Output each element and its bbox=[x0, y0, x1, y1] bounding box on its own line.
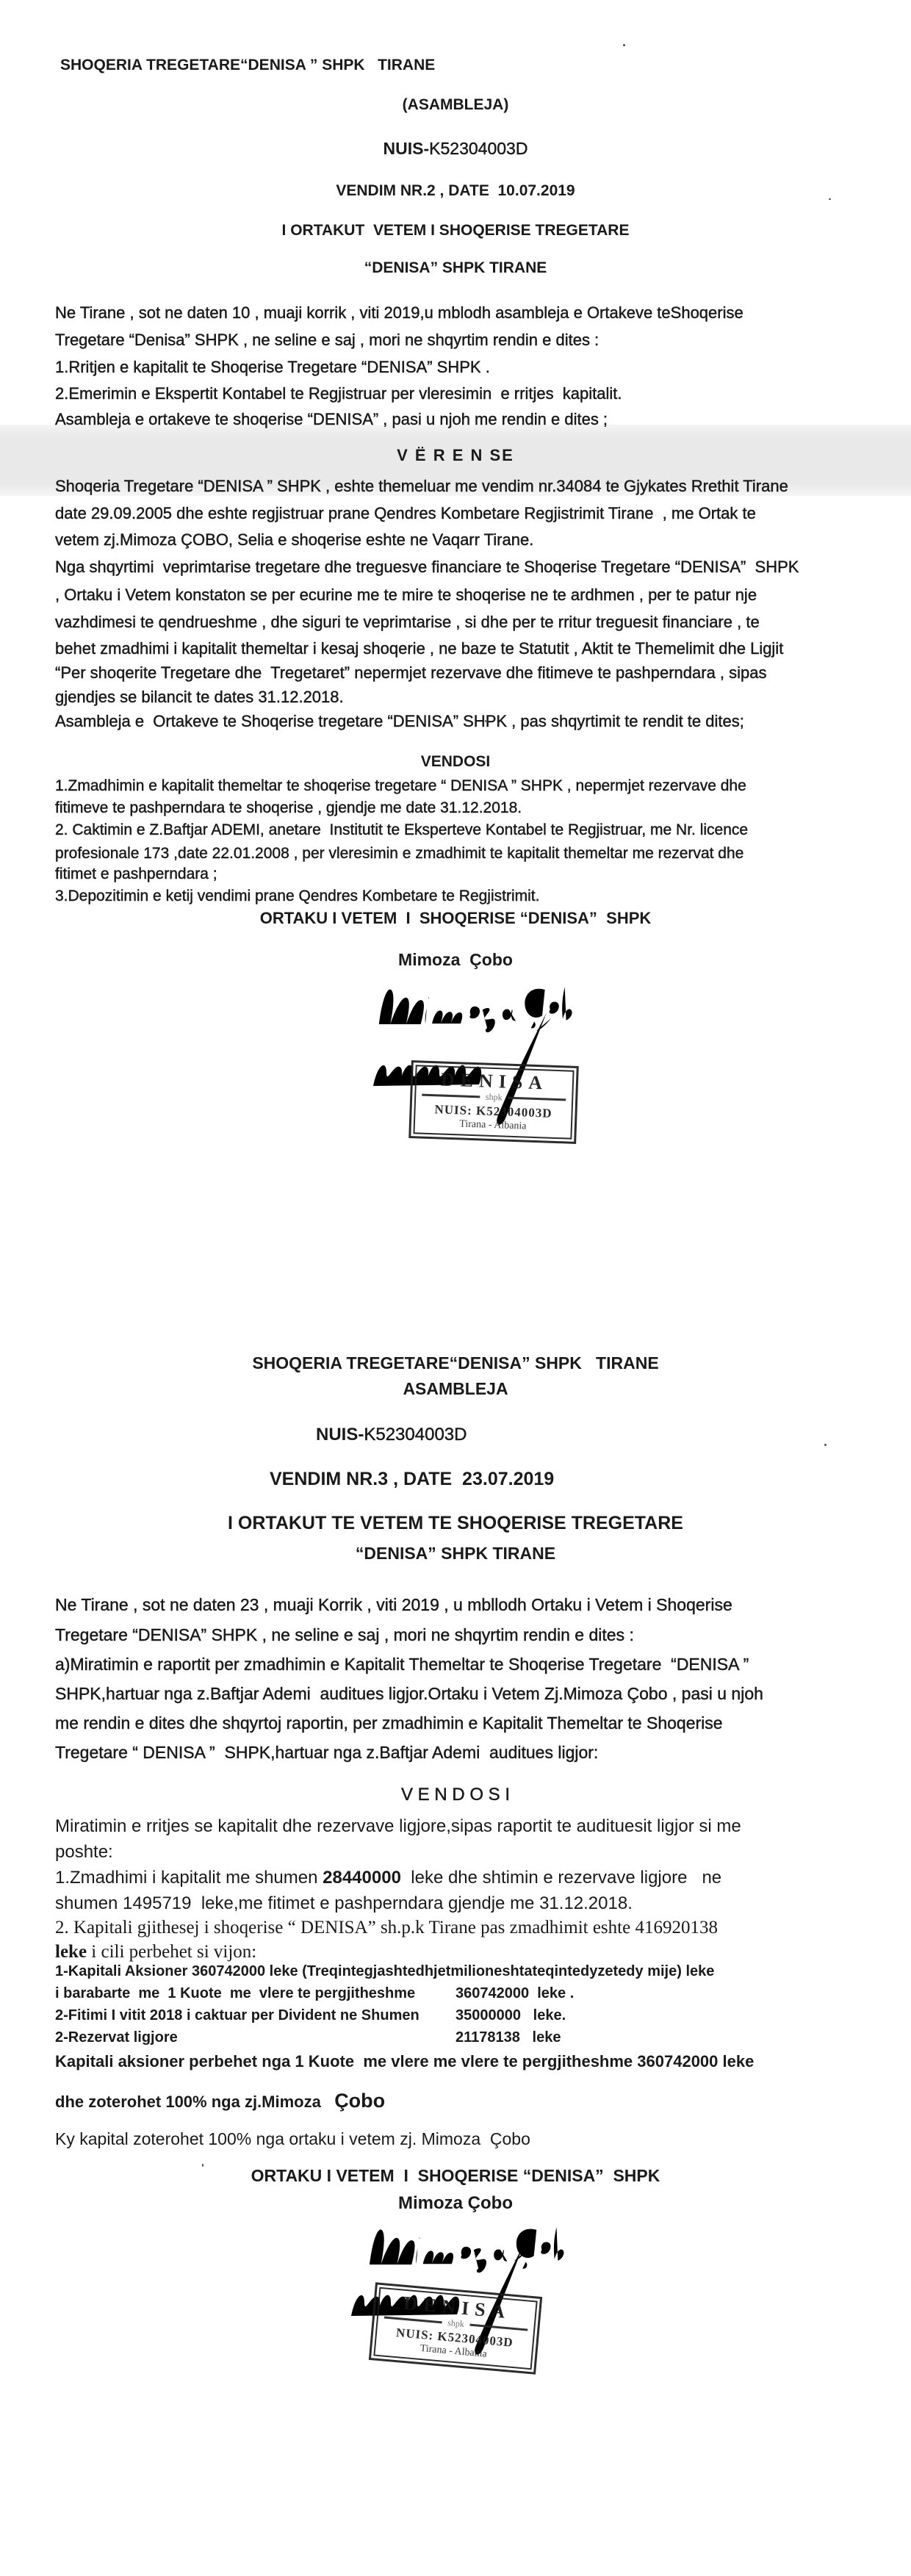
capital-increase-line2: shumen 1495719 leke,me fitimet e pashper… bbox=[55, 1893, 880, 1915]
document-title-line1: I ORTAKUT TE VETEM TE SHOQERISE TREGETAR… bbox=[0, 1512, 911, 1535]
veren-line: Nga shqyrtimi veprimtarise tregetare dhe… bbox=[55, 557, 880, 578]
nuis-line: NUIS-K52304003D bbox=[0, 138, 911, 159]
body-line: me rendin e dites dhe shqyrtoj raportin,… bbox=[55, 1713, 880, 1734]
body-line: Ne Tirane , sot ne daten 10 , muaji korr… bbox=[55, 303, 880, 323]
closing-heading: ORTAKU I VETEM I SHOQERISE “DENISA” SHPK bbox=[0, 2165, 911, 2187]
capital-row-value: 21178138 leke bbox=[455, 2029, 561, 2047]
nuis-line: NUIS-K52304003D bbox=[316, 1424, 467, 1446]
veren-line: , Ortaku i Vetem konstaton se per ecurin… bbox=[55, 585, 880, 605]
company-header: SHOQERIA TREGETARE“DENISA” SHPK TIRANE bbox=[0, 1353, 911, 1374]
decision-number-line: VENDIM NR.2 , DATE 10.07.2019 bbox=[0, 181, 911, 201]
veren-line: Asambleja e Ortakeve te Shoqerise treget… bbox=[55, 711, 880, 732]
nuis-value: K52304003D bbox=[364, 1425, 467, 1444]
company-stamp-inner-border: DENISA shpk NUIS: K52304003D Tirana - Al… bbox=[413, 1065, 574, 1140]
nuis-value: K52304003D bbox=[429, 139, 527, 158]
closing-heading: ORTAKU I VETEM I SHOQERISE “DENISA” SHPK bbox=[0, 908, 911, 929]
scanned-document-page: SHOQERIA TREGETARE“DENISA ” SHPK TIRANE … bbox=[0, 0, 911, 2576]
body-line: Ne Tirane , sot ne daten 23 , muaji Korr… bbox=[55, 1594, 880, 1616]
body-line: Tregetare “Denisa” SHPK , ne seline e sa… bbox=[55, 330, 880, 350]
body-line: a)Miratimin e raportit per zmadhimin e K… bbox=[55, 1654, 880, 1675]
veren-line: vazhdimesi te qendrueshme , dhe siguri t… bbox=[55, 612, 880, 633]
capital-row: i barabarte me 1 Kuote me vlere te pergj… bbox=[55, 1985, 880, 2003]
capital-row-label: 2-Rezervat ligjore bbox=[55, 2029, 178, 2046]
capital-ownership-line: Ky kapital zoterohet 100% nga ortaku i v… bbox=[55, 2129, 880, 2150]
document-title-line2: “DENISA” SHPK TIRANE bbox=[0, 1543, 911, 1564]
capital-summary-text: dhe zoterohet 100% nga zj.Mimoza bbox=[55, 2093, 334, 2111]
company-stamp: DENISA shpk NUIS: K52304003D Tirana - Al… bbox=[408, 1060, 579, 1144]
capital-increase-suffix: leke dhe shtimin e rezervave ligjore ne bbox=[401, 1868, 721, 1888]
nuis-label: NUIS- bbox=[384, 139, 430, 158]
body-line: Tregetare “ DENISA ” SHPK,hartuar nga z.… bbox=[55, 1742, 880, 1763]
body-line: 2.Emerimin e Ekspertit Kontabel te Regji… bbox=[55, 384, 880, 404]
assembly-heading: (ASAMBLEJA) bbox=[0, 96, 911, 115]
veren-line: vetem zj.Mimoza ÇOBO, Selia e shoqerise … bbox=[55, 530, 880, 550]
decision-item-line: fitimeve te pashperndara te shoqerise , … bbox=[55, 799, 880, 818]
capital-total-rest: i cili perbehet si vijon: bbox=[87, 1942, 256, 1962]
stamp-rule-right bbox=[470, 2324, 528, 2331]
capital-total-line2: leke i cili perbehet si vijon: bbox=[55, 1940, 880, 1963]
company-stamp: DENISA shpk NUIS: K52304003D Tirana - Al… bbox=[369, 2282, 542, 2375]
capital-summary-owner-name: Çobo bbox=[334, 2090, 385, 2112]
veren-se-heading: V Ë R E N SE bbox=[0, 445, 911, 466]
vendosi-heading: VENDOSI bbox=[0, 752, 911, 771]
scan-speckle bbox=[824, 1444, 827, 1446]
assembly-heading: ASAMBLEJA bbox=[0, 1378, 911, 1400]
decision-intro-line: Miratimin e rritjes se kapitalit dhe rez… bbox=[55, 1816, 880, 1838]
veren-line: “Per shoqerite Tregetare dhe Tregetaret”… bbox=[55, 663, 880, 683]
capital-increase-prefix: 1.Zmadhimi i kapitalit me shumen bbox=[55, 1868, 323, 1888]
body-line: SHPK,hartuar nga z.Baftjar Ademi auditue… bbox=[55, 1683, 880, 1705]
company-header: SHOQERIA TREGETARE“DENISA ” SHPK TIRANE bbox=[60, 56, 435, 75]
body-line: Asambleja e ortakeve te shoqerise “DENIS… bbox=[55, 409, 880, 430]
capital-total-leke-bold: leke bbox=[55, 1942, 87, 1962]
veren-line: Shoqeria Tregetare “DENISA ” SHPK , esht… bbox=[55, 476, 880, 497]
company-stamp-inner-border: DENISA shpk NUIS: K52304003D Tirana - Al… bbox=[373, 2287, 537, 2370]
nuis-label: NUIS- bbox=[316, 1425, 364, 1444]
vendosi-heading: V E N D O S I bbox=[0, 1784, 911, 1806]
stamp-rule-left bbox=[384, 2317, 442, 2324]
veren-line: gjendjes se bilancit te dates 31.12.2018… bbox=[55, 687, 880, 708]
decision-item-line: 2. Caktimin e Z.Baftjar ADEMI, anetare I… bbox=[55, 821, 880, 840]
capital-summary-line2: dhe zoterohet 100% nga zj.Mimoza Çobo bbox=[55, 2089, 880, 2114]
capital-row-value: 35000000 leke. bbox=[455, 2007, 566, 2025]
capital-summary-line1: Kapitali aksioner perbehet nga 1 Kuote m… bbox=[55, 2051, 880, 2072]
decision-item-line: 3.Depozitimin e ketij vendimi prane Qend… bbox=[55, 887, 880, 906]
decision-item-line: profesionale 173 ,date 22.01.2008 , per … bbox=[55, 844, 880, 863]
decision-intro-line: poshte: bbox=[55, 1841, 880, 1863]
capital-increase-line: 1.Zmadhimi i kapitalit me shumen 2844000… bbox=[55, 1867, 880, 1889]
capital-increase-amount: 28440000 bbox=[323, 1868, 401, 1888]
document-title-line2: “DENISA” SHPK TIRANE bbox=[0, 259, 911, 278]
veren-line: date 29.09.2005 dhe eshte regjistruar pr… bbox=[55, 503, 880, 524]
capital-total-line: 2. Kapitali gjithesej i shoqerise “ DENI… bbox=[55, 1916, 880, 1939]
capital-row-label: i barabarte me 1 Kuote me vlere te pergj… bbox=[55, 1985, 415, 2001]
body-line: 1.Rritjen e kapitalit te Shoqerise Trege… bbox=[55, 357, 880, 378]
document-title-line1: I ORTAKUT VETEM I SHOQERISE TREGETARE bbox=[0, 221, 911, 240]
decision-item-line: 1.Zmadhimin e kapitalit themeltar te sho… bbox=[55, 777, 880, 796]
decision-number-line: VENDIM NR.3 , DATE 23.07.2019 bbox=[270, 1468, 554, 1491]
stamp-rule-left bbox=[422, 1094, 480, 1098]
capital-row-label: 2-Fitimi I vitit 2018 i caktuar per Divi… bbox=[55, 2007, 420, 2023]
scan-speckle bbox=[623, 44, 625, 46]
stamp-legal-form: shpk bbox=[447, 2317, 465, 2330]
body-line: Tregetare “DENISA” SHPK , ne seline e sa… bbox=[55, 1625, 880, 1646]
capital-item-line: 1-Kapitali Aksioner 360742000 leke (Treq… bbox=[55, 1962, 880, 1981]
capital-row: 2-Rezervat ligjore21178138 leke bbox=[55, 2029, 880, 2047]
stamp-rule-right bbox=[508, 1097, 566, 1101]
stamp-legal-form: shpk bbox=[486, 1092, 503, 1104]
decision-item-line: fitimet e pashperndara ; bbox=[55, 865, 880, 884]
veren-line: behet zmadhimi i kapitalit themeltar i k… bbox=[55, 638, 880, 659]
capital-row: 2-Fitimi I vitit 2018 i caktuar per Divi… bbox=[55, 2007, 880, 2025]
capital-row-value: 360742000 leke . bbox=[455, 1985, 574, 2003]
